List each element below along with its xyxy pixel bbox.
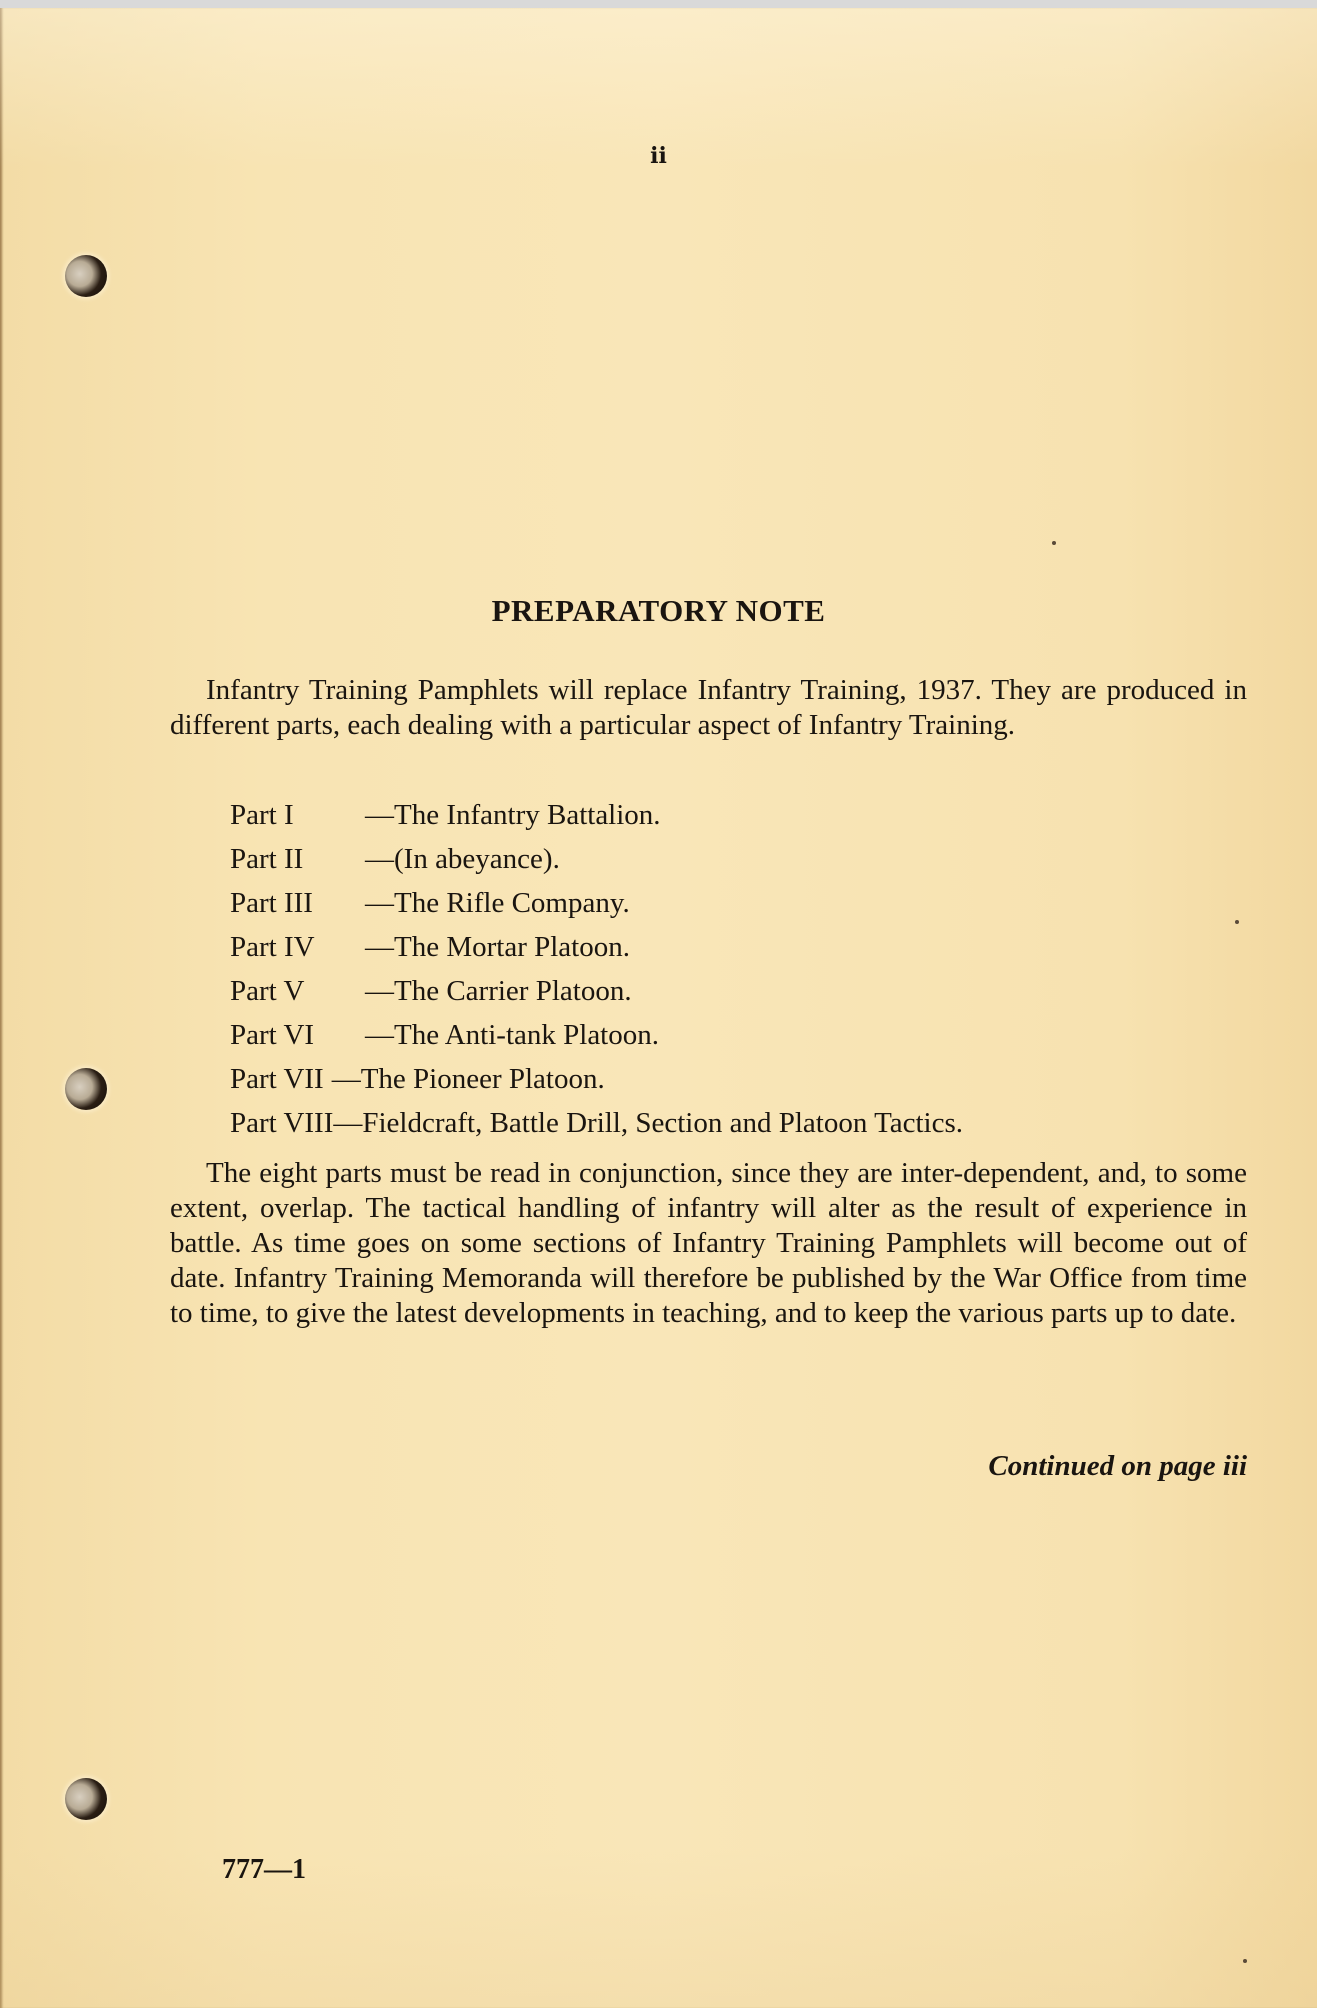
footer-code: 777—1 xyxy=(222,1854,306,1886)
part-separator: — xyxy=(365,931,394,963)
part-separator: — xyxy=(365,799,394,831)
part-description: (In abeyance). xyxy=(394,843,560,875)
list-item: Part IV—The Mortar Platoon. xyxy=(230,925,963,969)
part-description: The Infantry Battalion. xyxy=(394,799,661,831)
punch-hole-top xyxy=(65,255,107,297)
list-item: Part III—The Rifle Company. xyxy=(230,881,963,925)
part-description: The Anti-tank Platoon. xyxy=(394,1019,659,1051)
part-label: Part VIII xyxy=(230,1101,333,1145)
part-description: The Mortar Platoon. xyxy=(394,931,630,963)
page-number: ii xyxy=(0,143,1317,169)
part-separator: — xyxy=(365,975,394,1007)
list-item: Part VII—The Pioneer Platoon. xyxy=(230,1057,963,1101)
part-label: Part VII xyxy=(230,1057,324,1101)
intro-paragraph: Infantry Training Pamphlets will replace… xyxy=(170,673,1247,743)
part-label: Part IV xyxy=(230,925,365,969)
part-label: Part I xyxy=(230,793,365,837)
part-separator: — xyxy=(365,1019,394,1051)
punch-hole-middle xyxy=(65,1068,107,1110)
part-description: The Carrier Platoon. xyxy=(394,975,632,1007)
part-label: Part II xyxy=(230,837,365,881)
paper-speck xyxy=(1243,1959,1247,1963)
list-item: Part I—The Infantry Battalion. xyxy=(230,793,963,837)
paper-speck xyxy=(1052,541,1056,545)
continued-note: Continued on page iii xyxy=(988,1450,1247,1483)
body-paragraph: The eight parts must be read in conjunct… xyxy=(170,1156,1247,1331)
part-label: Part VI xyxy=(230,1013,365,1057)
list-item: Part V—The Carrier Platoon. xyxy=(230,969,963,1013)
list-item: Part VI—The Anti-tank Platoon. xyxy=(230,1013,963,1057)
punch-hole-bottom xyxy=(65,1778,107,1820)
document-page: ii PREPARATORY NOTE Infantry Training Pa… xyxy=(0,8,1317,2008)
part-separator: — xyxy=(365,887,394,919)
part-label: Part V xyxy=(230,969,365,1013)
page-title: PREPARATORY NOTE xyxy=(0,593,1317,629)
part-description: Fieldcraft, Battle Drill, Section and Pl… xyxy=(362,1107,963,1139)
part-description: The Pioneer Platoon. xyxy=(361,1063,605,1095)
part-label: Part III xyxy=(230,881,365,925)
part-separator: — xyxy=(333,1107,362,1139)
list-item: Part II—(In abeyance). xyxy=(230,837,963,881)
part-separator: — xyxy=(365,843,394,875)
paper-speck xyxy=(1235,920,1239,924)
part-description: The Rifle Company. xyxy=(394,887,630,919)
parts-list: Part I—The Infantry Battalion. Part II—(… xyxy=(230,793,963,1145)
list-item: Part VIII—Fieldcraft, Battle Drill, Sect… xyxy=(230,1101,963,1145)
part-separator: — xyxy=(332,1063,361,1095)
